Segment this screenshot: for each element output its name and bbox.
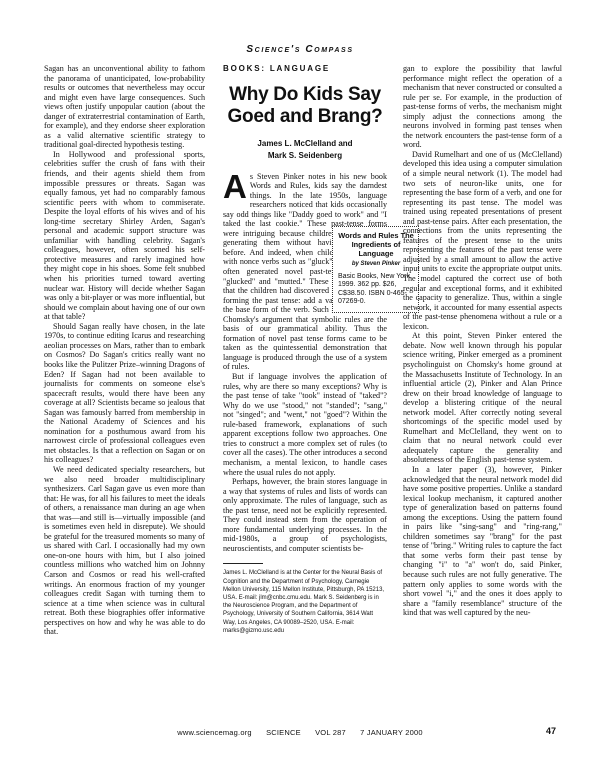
paragraph: Perhaps, however, the brain stores langu…	[223, 477, 387, 553]
footer-journal: SCIENCE	[266, 728, 301, 737]
paragraph: Sagan has an unconventional ability to f…	[44, 64, 205, 150]
paragraph: In Hollywood and professional sports, ce…	[44, 150, 205, 322]
paragraph: David Rumelhart and one of us (McClellan…	[403, 150, 562, 331]
authors-line-1: James L. McClelland and	[223, 138, 387, 150]
paragraph: gan to explore the possibility that lawf…	[403, 64, 562, 150]
footer-volume: VOL 287	[315, 728, 346, 737]
paragraph: In a later paper (3), however, Pinker ac…	[403, 465, 562, 618]
paragraph: Should Sagan really have chosen, in the …	[44, 322, 205, 465]
drop-cap: A	[223, 173, 247, 201]
article-authors: James L. McClelland and Mark S. Seidenbe…	[223, 138, 387, 162]
page-number: 47	[546, 726, 556, 736]
footer-url: www.sciencemag.org	[177, 728, 251, 737]
section-label: BOOKS: LANGUAGE	[223, 64, 387, 74]
authors-line-2: Mark S. Seidenberg	[223, 150, 387, 162]
paragraph: At this point, Steven Pinker entered the…	[403, 331, 562, 465]
column-3: gan to explore the possibility that lawf…	[403, 64, 562, 618]
article-headline: Why Do Kids Say Goed and Brang?	[223, 84, 387, 128]
author-affiliation: James L. McClelland is at the Center for…	[223, 569, 387, 635]
footnote-divider	[223, 563, 263, 564]
page-footer: www.sciencemag.org SCIENCE VOL 287 7 JAN…	[0, 728, 600, 737]
paragraph: But if language involves the application…	[223, 372, 387, 477]
paragraph: We need dedicated specialty researchers,…	[44, 465, 205, 637]
footer-date: 7 JANUARY 2000	[360, 728, 423, 737]
column-1: Sagan has an unconventional ability to f…	[44, 64, 205, 637]
column-2: BOOKS: LANGUAGE Why Do Kids Say Goed and…	[223, 64, 387, 635]
running-head: Science's Compass	[0, 44, 600, 55]
